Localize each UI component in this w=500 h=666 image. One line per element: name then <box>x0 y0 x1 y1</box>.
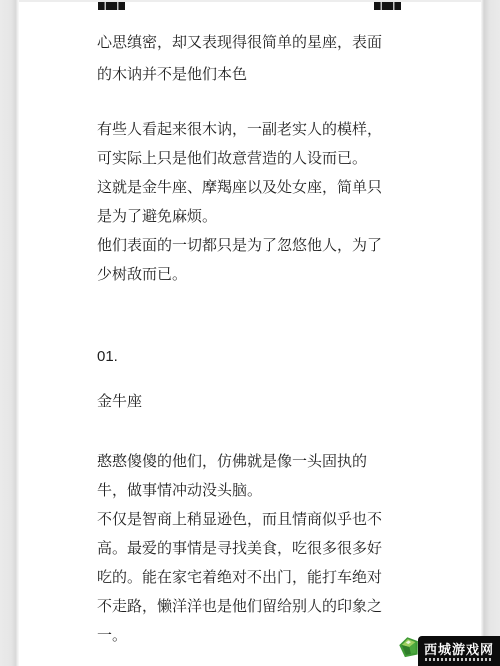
watermark-subtext <box>425 658 491 661</box>
page-margin-left <box>0 0 20 666</box>
section-number: 01. <box>97 342 399 371</box>
intro-paragraph: 有些人看起来很木讷，一副老实人的模样， 可实际上只是他们故意营造的人设而已。 这… <box>97 115 399 289</box>
body-paragraph: 憨憨傻傻的他们，仿佛就是像一头固执的 牛，做事情冲动没头脑。 不仅是智商上稍显逊… <box>97 447 399 650</box>
paragraph-line: 不仅是智商上稍显逊色，而且情商似乎也不 <box>97 505 399 534</box>
paragraph-line: 这就是金牛座、摩羯座以及处女座，简单只 <box>97 173 399 202</box>
paragraph-line: 吃的。能在家宅着绝对不出门，能打车绝对 <box>97 563 399 592</box>
title-line: 的木讷并不是他们本色 <box>97 59 399 91</box>
watermark-site-name: 西城游戏网 <box>424 639 494 658</box>
watermark-badge: 西城游戏网 <box>418 636 500 666</box>
section-heading-taurus: 金牛座 <box>97 387 399 416</box>
paragraph-line: 可实际上只是他们故意营造的人设而已。 <box>97 144 399 173</box>
paragraph-line: 是为了避免麻烦。 <box>97 202 399 231</box>
article-content: 心思缜密，却又表现得很简单的星座，表面 的木讷并不是他们本色 有些人看起来很木讷… <box>97 2 399 650</box>
paragraph-line: 牛，做事情冲动没头脑。 <box>97 476 399 505</box>
page-margin-right <box>480 0 500 666</box>
paragraph-line: 有些人看起来很木讷，一副老实人的模样， <box>97 115 399 144</box>
paragraph-line: 不走路，懒洋洋也是他们留给别人的印象之 <box>97 592 399 621</box>
paragraph-line: 高。最爱的事情是寻找美食，吃很多很多好 <box>97 534 399 563</box>
article-card: 心思缜密，却又表现得很简单的星座，表面 的木讷并不是他们本色 有些人看起来很木讷… <box>19 0 481 666</box>
article-title: 心思缜密，却又表现得很简单的星座，表面 的木讷并不是他们本色 <box>97 27 399 91</box>
paragraph-line: 少树敌而已。 <box>97 260 399 289</box>
page-screenshot: 心思缜密，却又表现得很简单的星座，表面 的木讷并不是他们本色 有些人看起来很木讷… <box>0 0 500 666</box>
paragraph-line: 憨憨傻傻的他们，仿佛就是像一头固执的 <box>97 447 399 476</box>
title-line: 心思缜密，却又表现得很简单的星座，表面 <box>97 27 399 59</box>
paragraph-line: 他们表面的一切都只是为了忽悠他人，为了 <box>97 231 399 260</box>
paragraph-line: 一。 <box>97 621 399 650</box>
